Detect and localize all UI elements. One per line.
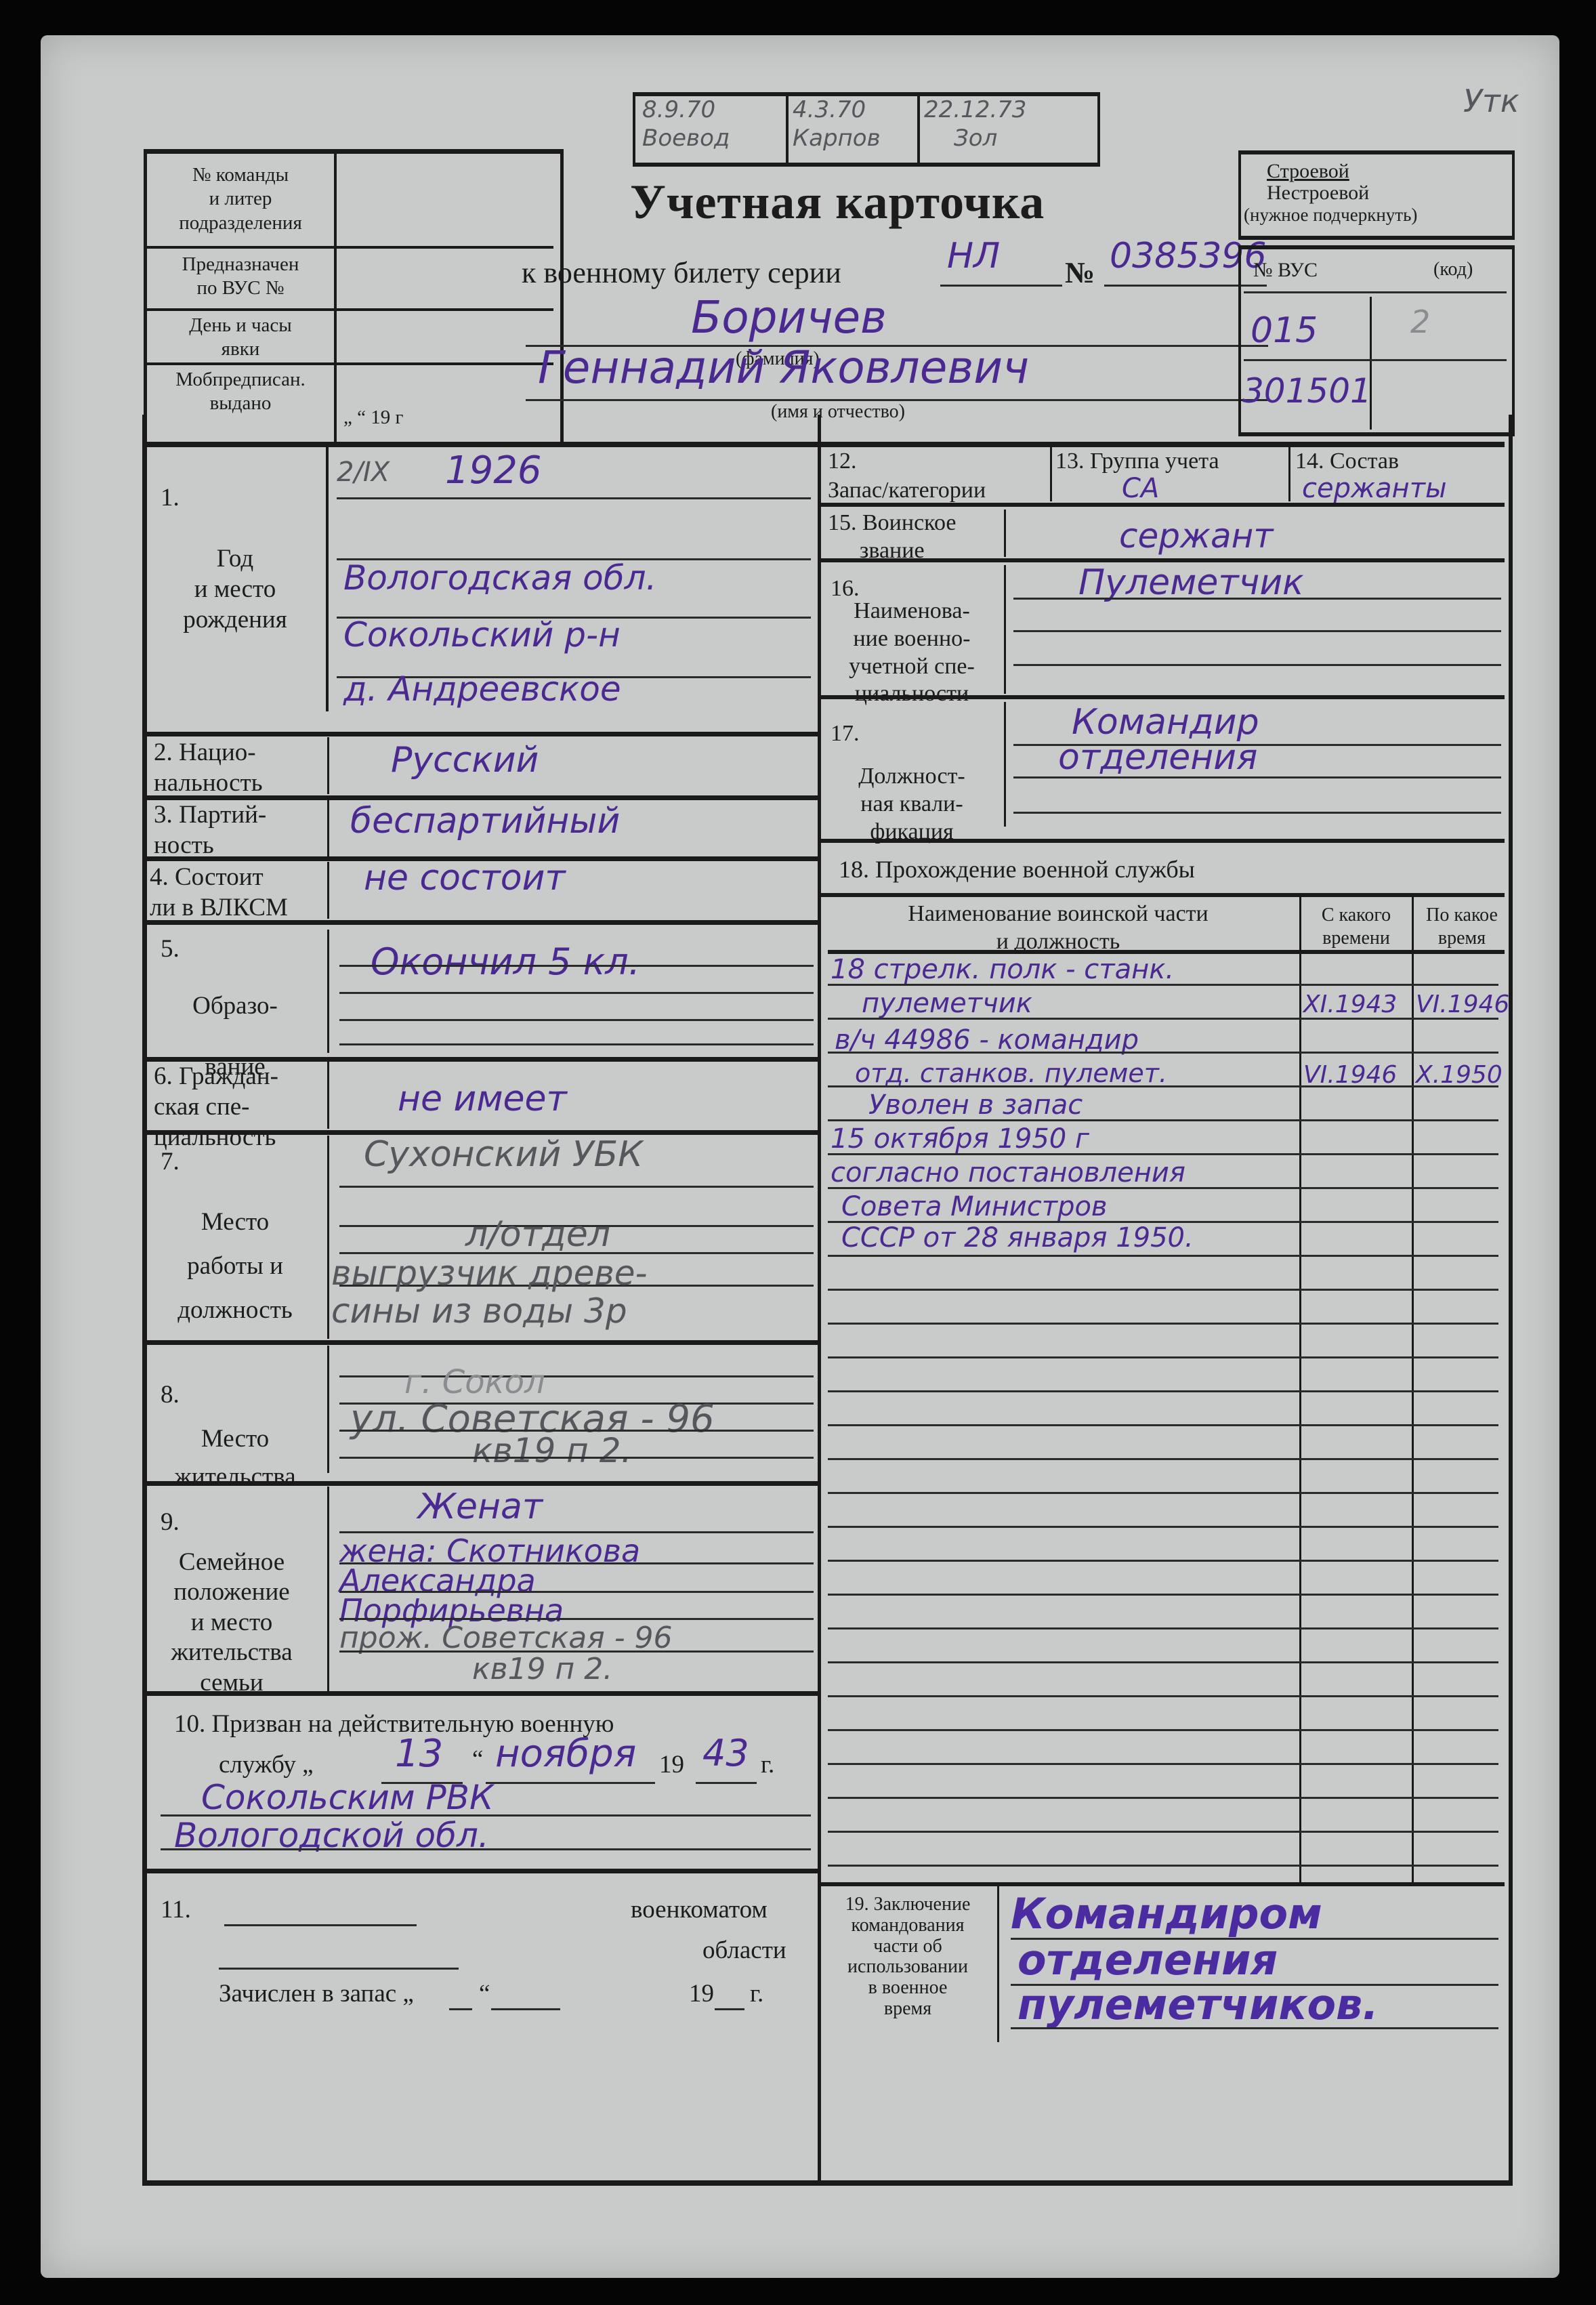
mob-order-label: Мобпредписан. выдано xyxy=(147,368,334,416)
service-row-2-from[interactable]: XI.1943 xyxy=(1303,991,1397,1018)
ticket-series[interactable]: НЛ xyxy=(947,236,1000,276)
service-row-4-to[interactable]: X.1950 xyxy=(1416,1061,1503,1089)
stamp-date-3: 22.12.73 xyxy=(924,96,1026,123)
name-patronymic[interactable]: Геннадий Яковлевич xyxy=(538,341,1029,394)
draft-day[interactable]: 13 xyxy=(395,1732,443,1776)
field-17-number: 17. xyxy=(831,720,860,747)
wartime-conclusion-line-2[interactable]: отделения xyxy=(1017,1935,1278,1985)
stamp-name-2: Карпов xyxy=(793,125,881,152)
qualification-line-2[interactable]: отделения xyxy=(1058,737,1257,778)
stamp-date-2: 4.3.70 xyxy=(793,96,866,123)
education[interactable]: Окончил 5 кл. xyxy=(371,940,640,983)
field-8-number: 8. xyxy=(161,1379,180,1410)
service-row-7-unit[interactable]: согласно постановления xyxy=(831,1157,1185,1188)
column-from: С какого времени xyxy=(1302,904,1410,950)
workplace-line-4[interactable]: сины из воды 3р xyxy=(331,1291,627,1331)
type-combat[interactable]: Строевой xyxy=(1267,160,1349,183)
residence-city[interactable]: г. Сокол xyxy=(404,1363,545,1401)
corner-mark: Утк xyxy=(1463,83,1519,119)
birth-region[interactable]: Вологодская обл. xyxy=(343,558,656,598)
command-label: № команды и литер подразделения xyxy=(147,163,334,235)
field-9-label: Семейное положение и место жительства се… xyxy=(147,1548,316,1698)
type-hint: (нужное подчеркнуть) xyxy=(1244,205,1417,226)
stamp-name-1: Воевод xyxy=(642,125,730,152)
military-specialty[interactable]: Пулеметчик xyxy=(1078,562,1304,603)
field-10-label-2: службу „ xyxy=(219,1749,314,1780)
oblast-label: области xyxy=(702,1935,786,1966)
card-title: Учетная карточка xyxy=(630,174,1045,230)
civil-specialty[interactable]: не имеет xyxy=(398,1079,567,1119)
field-6-label: 6. Граждан- ская спе- циальность xyxy=(154,1061,278,1152)
field-19-label: 19. Заключение командования части об исп… xyxy=(821,1894,994,2020)
code-label: (код) xyxy=(1433,259,1473,281)
type-noncombat[interactable]: Нестроевой xyxy=(1267,182,1369,205)
field-7-label: Место работы и должность xyxy=(147,1201,323,1332)
field-17-label: Должност- ная квали- фикация xyxy=(824,763,1000,846)
birth-day: 2/IX xyxy=(337,457,390,488)
field-1-number: 1. xyxy=(161,482,180,513)
voenkomat-label: военкоматом xyxy=(631,1894,768,1925)
military-rank[interactable]: сержант xyxy=(1119,516,1274,556)
komsomol-membership[interactable]: не состоит xyxy=(364,858,566,898)
party-membership[interactable]: беспартийный xyxy=(350,801,620,842)
draft-year[interactable]: 43 xyxy=(702,1732,749,1774)
family-apartment[interactable]: кв19 п 2. xyxy=(472,1652,612,1686)
draft-office[interactable]: Сокольским РВК xyxy=(201,1778,493,1817)
vus-box: № ВУС (код) 015 2 301501 xyxy=(1238,245,1515,436)
wartime-conclusion-line-1[interactable]: Командиром xyxy=(1011,1889,1322,1938)
left-column: 1. Год и место рождения 2/IX 1926 Волого… xyxy=(147,415,821,2180)
residence-apartment[interactable]: кв19 п 2. xyxy=(472,1431,631,1470)
draft-quote: “ xyxy=(472,1744,483,1774)
service-type-box: Строевой Нестроевой (нужное подчеркнуть) xyxy=(1238,150,1515,240)
main-form: 1. Год и место рождения 2/IX 1926 Волого… xyxy=(142,415,1513,2186)
code-value-1[interactable]: 2 xyxy=(1410,304,1430,340)
workplace-line-1[interactable]: Сухонский УБК xyxy=(364,1134,643,1175)
marital-status[interactable]: Женат xyxy=(418,1487,543,1527)
service-history-title: 18. Прохождение военной службы xyxy=(839,855,1195,885)
workplace-line-2[interactable]: л/отдел xyxy=(465,1214,610,1255)
field-12-label: 12. Запас/категории xyxy=(828,447,986,505)
registration-group[interactable]: СА xyxy=(1122,473,1159,504)
field-9-number: 9. xyxy=(161,1507,180,1537)
vus-value-1[interactable]: 015 xyxy=(1251,310,1318,351)
column-to: По какое время xyxy=(1414,904,1509,950)
field-15-label: 15. Воинское звание xyxy=(828,510,956,565)
command-box: № команды и литер подразделения Предназн… xyxy=(144,149,564,447)
qualification-line-1[interactable]: Командир xyxy=(1072,702,1259,743)
birth-year[interactable]: 1926 xyxy=(445,449,542,493)
service-row-4-from[interactable]: VI.1946 xyxy=(1303,1061,1397,1089)
field-11-number: 11. xyxy=(161,1894,191,1925)
field-14-label: 14. Состав xyxy=(1295,447,1399,475)
field-13-label: 13. Группа учета xyxy=(1055,447,1219,475)
birth-district[interactable]: Сокольский р-н xyxy=(343,615,621,655)
service-row-2-unit[interactable]: пулеметчик xyxy=(862,988,1032,1019)
service-row-4-unit[interactable]: отд. станков. пулемет. xyxy=(855,1058,1167,1088)
service-row-9-unit[interactable]: СССР от 28 января 1950. xyxy=(841,1222,1194,1253)
wartime-conclusion-line-3[interactable]: пулеметчиков. xyxy=(1017,1980,1379,2029)
stamp-date-1: 8.9.70 xyxy=(642,96,715,123)
nationality[interactable]: Русский xyxy=(391,740,539,781)
draft-year-suffix: г. xyxy=(761,1749,774,1780)
service-row-5-unit[interactable]: Уволен в запас xyxy=(868,1089,1083,1121)
enlisted-year-suffix: г. xyxy=(750,1978,763,2009)
field-5-number: 5. xyxy=(161,934,180,964)
personnel-category[interactable]: сержанты xyxy=(1302,473,1447,504)
enlisted-year-prefix: 19 xyxy=(689,1978,714,2009)
service-row-8-unit[interactable]: Совета Министров xyxy=(841,1191,1108,1222)
stamp-box: 8.9.70 Воевод 4.3.70 Карпов 22.12.73 Зол xyxy=(633,92,1100,167)
record-card: 8.9.70 Воевод 4.3.70 Карпов 22.12.73 Зол… xyxy=(41,35,1559,2278)
draft-month[interactable]: ноября xyxy=(495,1732,636,1776)
service-row-6-unit[interactable]: 15 октября 1950 г xyxy=(831,1123,1089,1155)
field-7-number: 7. xyxy=(161,1146,180,1177)
vus-value-2[interactable]: 301501 xyxy=(1242,371,1372,411)
service-row-2-to[interactable]: VI.1946 xyxy=(1416,991,1509,1018)
day-hours-label: День и часы явки xyxy=(147,314,334,362)
stamp-name-3: Зол xyxy=(954,125,997,152)
field-1-label: Год и место рождения xyxy=(147,543,323,635)
number-sign: № xyxy=(1065,255,1095,290)
field-3-label: 3. Партий- ность xyxy=(154,800,266,860)
birth-village[interactable]: д. Андреевское xyxy=(343,669,621,709)
ticket-subtitle: к военному билету серии xyxy=(522,255,841,290)
draft-year-prefix: 19 xyxy=(659,1749,684,1780)
vus-label: № ВУС xyxy=(1253,259,1318,282)
field-2-label: 2. Нацио- нальность xyxy=(154,737,263,798)
enlisted-quote: “ xyxy=(479,1978,490,2009)
vus-assigned-label: Предназначен по ВУС № xyxy=(147,253,334,301)
column-unit: Наименование воинской части и должность xyxy=(821,900,1295,956)
enlisted-label: Зачислен в запас „ xyxy=(219,1978,414,2009)
right-column: 12. Запас/категории 13. Группа учета СА … xyxy=(821,415,1505,2180)
surname[interactable]: Боричев xyxy=(691,291,887,344)
service-row-1-unit[interactable]: 18 стрелк. полк - станк. xyxy=(831,954,1174,985)
field-4-label: 4. Состоит ли в ВЛКСМ xyxy=(150,862,288,923)
workplace-line-3[interactable]: выгрузчик древе- xyxy=(331,1253,648,1293)
field-16-label: Наименова- ние военно- учетной спе- циал… xyxy=(824,598,1000,708)
